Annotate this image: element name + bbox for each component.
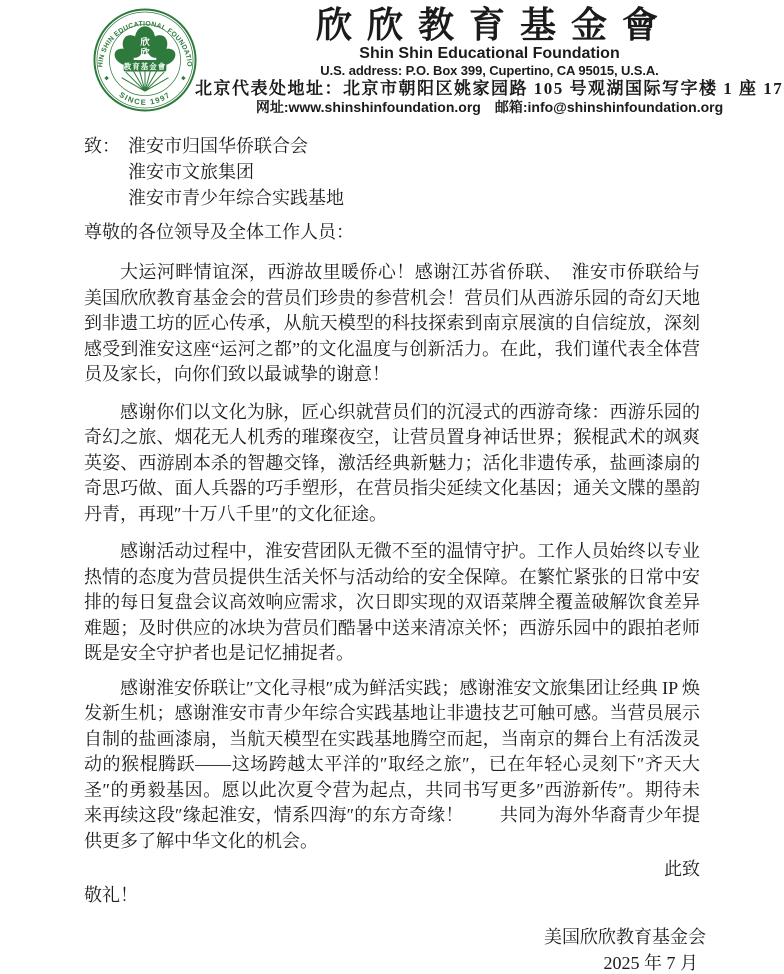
recipient-name: 淮安市文旅集团 <box>128 159 344 185</box>
letter-page: SHIN SHIN EDUCATIONAL FOUNDATION SINCE 1… <box>0 0 784 974</box>
foundation-title-cn: 欣欣教育基金會 <box>195 6 784 44</box>
letter-body: 致： 淮安市归国华侨联合会 淮安市文旅集团 淮安市青少年综合实践基地 尊敬的各位… <box>84 133 700 974</box>
signature-organization: 美国欣欣教育基金会 <box>84 924 706 950</box>
recipient-list: 淮安市归国华侨联合会 淮安市文旅集团 淮安市青少年综合实践基地 <box>128 133 344 211</box>
foundation-title-en: Shin Shin Educational Foundation <box>195 44 784 63</box>
recipient-name: 淮安市青少年综合实践基地 <box>128 185 344 211</box>
closing-cizhi: 此致 <box>84 856 700 882</box>
to-label: 致： <box>84 133 120 211</box>
email-text: 邮箱:info@shinshinfoundation.org <box>495 99 723 115</box>
foundation-logo-seal: SHIN SHIN EDUCATIONAL FOUNDATION SINCE 1… <box>93 8 197 112</box>
letterhead: SHIN SHIN EDUCATIONAL FOUNDATION SINCE 1… <box>0 0 784 125</box>
closing-jingli: 敬礼！ <box>84 882 700 908</box>
paragraph-thanks-opportunity: 大运河畔情谊深，西游故里暖侨心！感谢江苏省侨联、 淮安市侨联给与美国欣欣教育基金… <box>84 260 700 388</box>
paragraph-future-wishes: 感谢淮安侨联让″文化寻根″成为鲜活实践；感谢淮安文旅集团让经典 IP 焕发新生机… <box>84 676 700 855</box>
logo-xin-char-1: 欣 <box>139 36 150 48</box>
logo-band-text: 教育基金會 <box>123 61 167 71</box>
paragraph-cultural-journey: 感谢你们以文化为脉，匠心织就营员们的沉浸式的西游奇缘：西游乐园的奇幻之旅、烟花无… <box>84 400 700 528</box>
contact-line: 网址:www.shinshinfoundation.org邮箱:info@shi… <box>195 99 784 116</box>
logo-xin-char-2: 欣 <box>139 46 150 58</box>
us-address-line: U.S. address: P.O. Box 399, Cupertino, C… <box>195 63 784 79</box>
website-text: 网址:www.shinshinfoundation.org <box>256 99 481 115</box>
beijing-address-line: 北京代表处地址：北京市朝阳区姚家园路 105 号观湖国际写字楼 1 座 1702… <box>195 79 784 99</box>
recipient-name: 淮安市归国华侨联合会 <box>128 133 344 159</box>
signature-date: 2025 年 7 月 <box>84 950 698 974</box>
recipient-block: 致： 淮安市归国华侨联合会 淮安市文旅集团 淮安市青少年综合实践基地 <box>84 133 700 211</box>
salutation: 尊敬的各位领导及全体工作人员： <box>84 219 700 245</box>
letterhead-text: 欣欣教育基金會 Shin Shin Educational Foundation… <box>195 6 784 116</box>
paragraph-team-care: 感谢活动过程中，淮安营团队无微不至的温情守护。工作人员始终以专业热情的态度为营员… <box>84 539 700 667</box>
